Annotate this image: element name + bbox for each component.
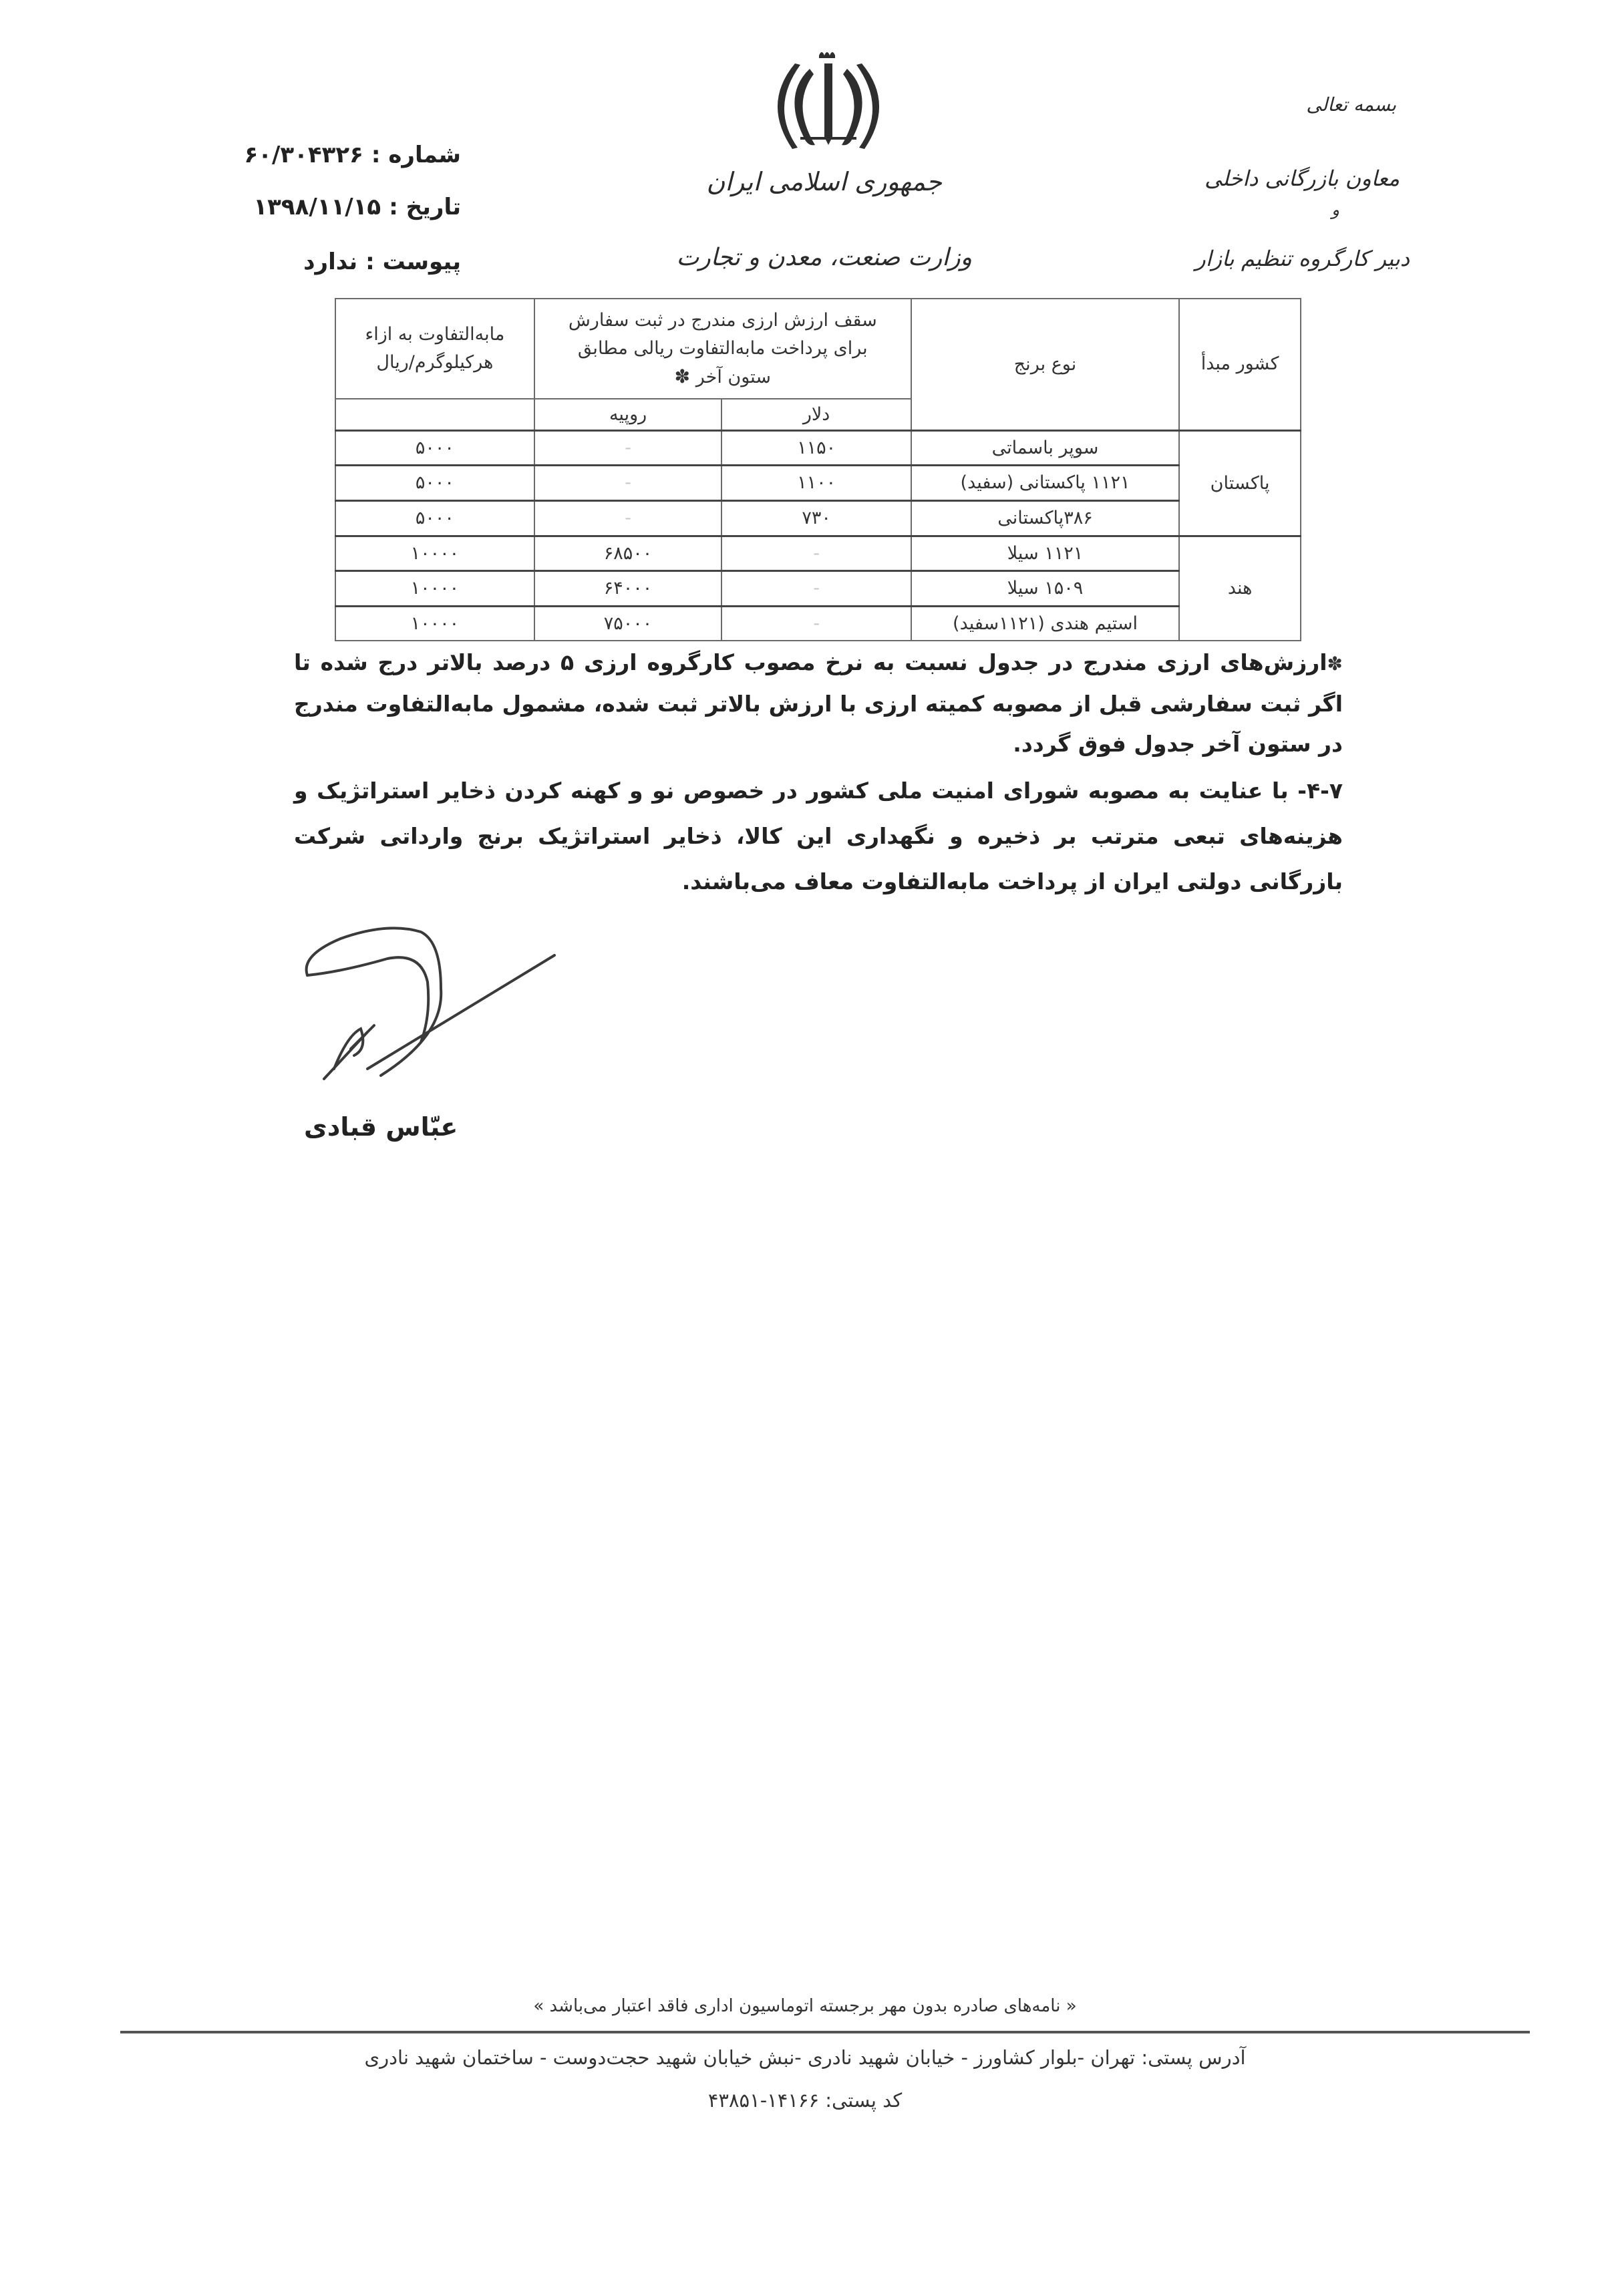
signature-icon <box>287 915 588 1089</box>
ministry-name: وزارت صنعت، معدن و تجارت <box>698 244 972 271</box>
clause-paragraph: ۴-۷- با عنایت به مصوبه شورای امنیت ملی ک… <box>294 768 1343 905</box>
letter-attachment: پیوست :ندارد <box>303 249 461 275</box>
footer-divider <box>120 2031 1530 2033</box>
letter-number: شماره :۶۰/۳۰۴۳۲۶ <box>244 142 461 168</box>
header-rice-type: نوع برنج <box>911 299 1179 430</box>
footnote-paragraph: ✽ارزش‌های ارزی مندرج در جدول نسبت به نرخ… <box>294 643 1343 764</box>
footer-notice: « نامه‌های صادره بدون مهر برجسته اتوماسی… <box>0 1996 1610 2016</box>
footer-address: آدرس پستی: تهران -بلوار کشاورز - خیابان … <box>0 2046 1610 2069</box>
country-cell: پاکستان <box>1179 430 1301 536</box>
star-icon: ✽ <box>1327 653 1343 675</box>
basmala: بسمه تعالی <box>1306 94 1396 116</box>
header-difference: مابه‌التفاوت به ازاء هرکیلوگرم/ریال <box>335 299 534 399</box>
header-rupee: روپیه <box>534 399 722 430</box>
recipient-line-2: و <box>1331 200 1339 219</box>
recipient-line-1: معاون بازرگانی داخلی <box>1204 166 1400 191</box>
table-row: ۳۸۶پاکستانی ۷۳۰ - ۵۰۰۰ <box>335 500 1301 536</box>
iran-emblem-icon <box>768 37 889 164</box>
table-header-row: کشور مبدأ نوع برنج سقف ارزش ارزی مندرج د… <box>335 299 1301 399</box>
table-row: ۱۱۲۱ پاکستانی (سفید) ۱۱۰۰ - ۵۰۰۰ <box>335 465 1301 500</box>
signatory-name: عبّاس قبادی <box>304 1112 458 1142</box>
table-row: ۱۵۰۹ سیلا - ۶۴۰۰۰ ۱۰۰۰۰ <box>335 570 1301 606</box>
table-row: هند ۱۱۲۱ سیلا - ۶۸۵۰۰ ۱۰۰۰۰ <box>335 536 1301 570</box>
table-row: استیم هندی (۱۱۲۱سفید) - ۷۵۰۰۰ ۱۰۰۰۰ <box>335 606 1301 641</box>
header-dollar: دلار <box>721 399 911 430</box>
letter-date: تاریخ :۱۳۹۸/۱۱/۱۵ <box>253 194 461 220</box>
header-ceiling: سقف ارزش ارزی مندرج در ثبت سفارش برای پر… <box>534 299 911 399</box>
footer-postal-code: کد پستی: ۱۴۱۶۶-۴۳۸۵۱ <box>0 2089 1610 2112</box>
rice-price-table: کشور مبدأ نوع برنج سقف ارزش ارزی مندرج د… <box>335 298 1301 641</box>
country-name: جمهوری اسلامی ایران <box>728 167 942 196</box>
recipient-line-3: دبیر کارگروه تنظیم بازار <box>1195 246 1410 271</box>
header-country: کشور مبدأ <box>1179 299 1301 430</box>
table-row: پاکستان سوپر باسماتی ۱۱۵۰ - ۵۰۰۰ <box>335 430 1301 465</box>
country-cell: هند <box>1179 536 1301 641</box>
star-icon: ✽ <box>675 365 690 387</box>
